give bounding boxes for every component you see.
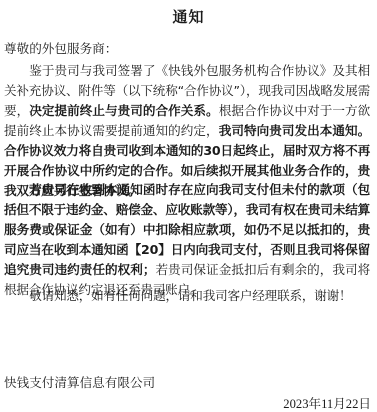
signature-company: 快钱支付清算信息有限公司 (4, 372, 155, 391)
notice-document: 通知 尊敬的外包服务商： 鉴于贵司与我司签署了《快钱外包服务机构合作协议》及其相… (0, 0, 377, 412)
salutation: 尊敬的外包服务商： (4, 38, 117, 57)
paragraph-closing: 敬请知悉，如有任何问题，请和我司客户经理联系，谢谢！ (4, 286, 370, 306)
segment: 敬请知悉，如有任何问题，请和我司客户经理联系，谢谢！ (29, 288, 351, 303)
paragraph-payment: 若贵司在收到本通知函时存在应向我司支付但未付的款项（包括但不限于违约金、赔偿金、… (4, 180, 370, 300)
document-title: 通知 (0, 6, 377, 27)
signature-date: 2023年11月22日 (283, 393, 371, 412)
segment-bold: 决定提前终止与贵司的合作关系。 (29, 103, 218, 118)
